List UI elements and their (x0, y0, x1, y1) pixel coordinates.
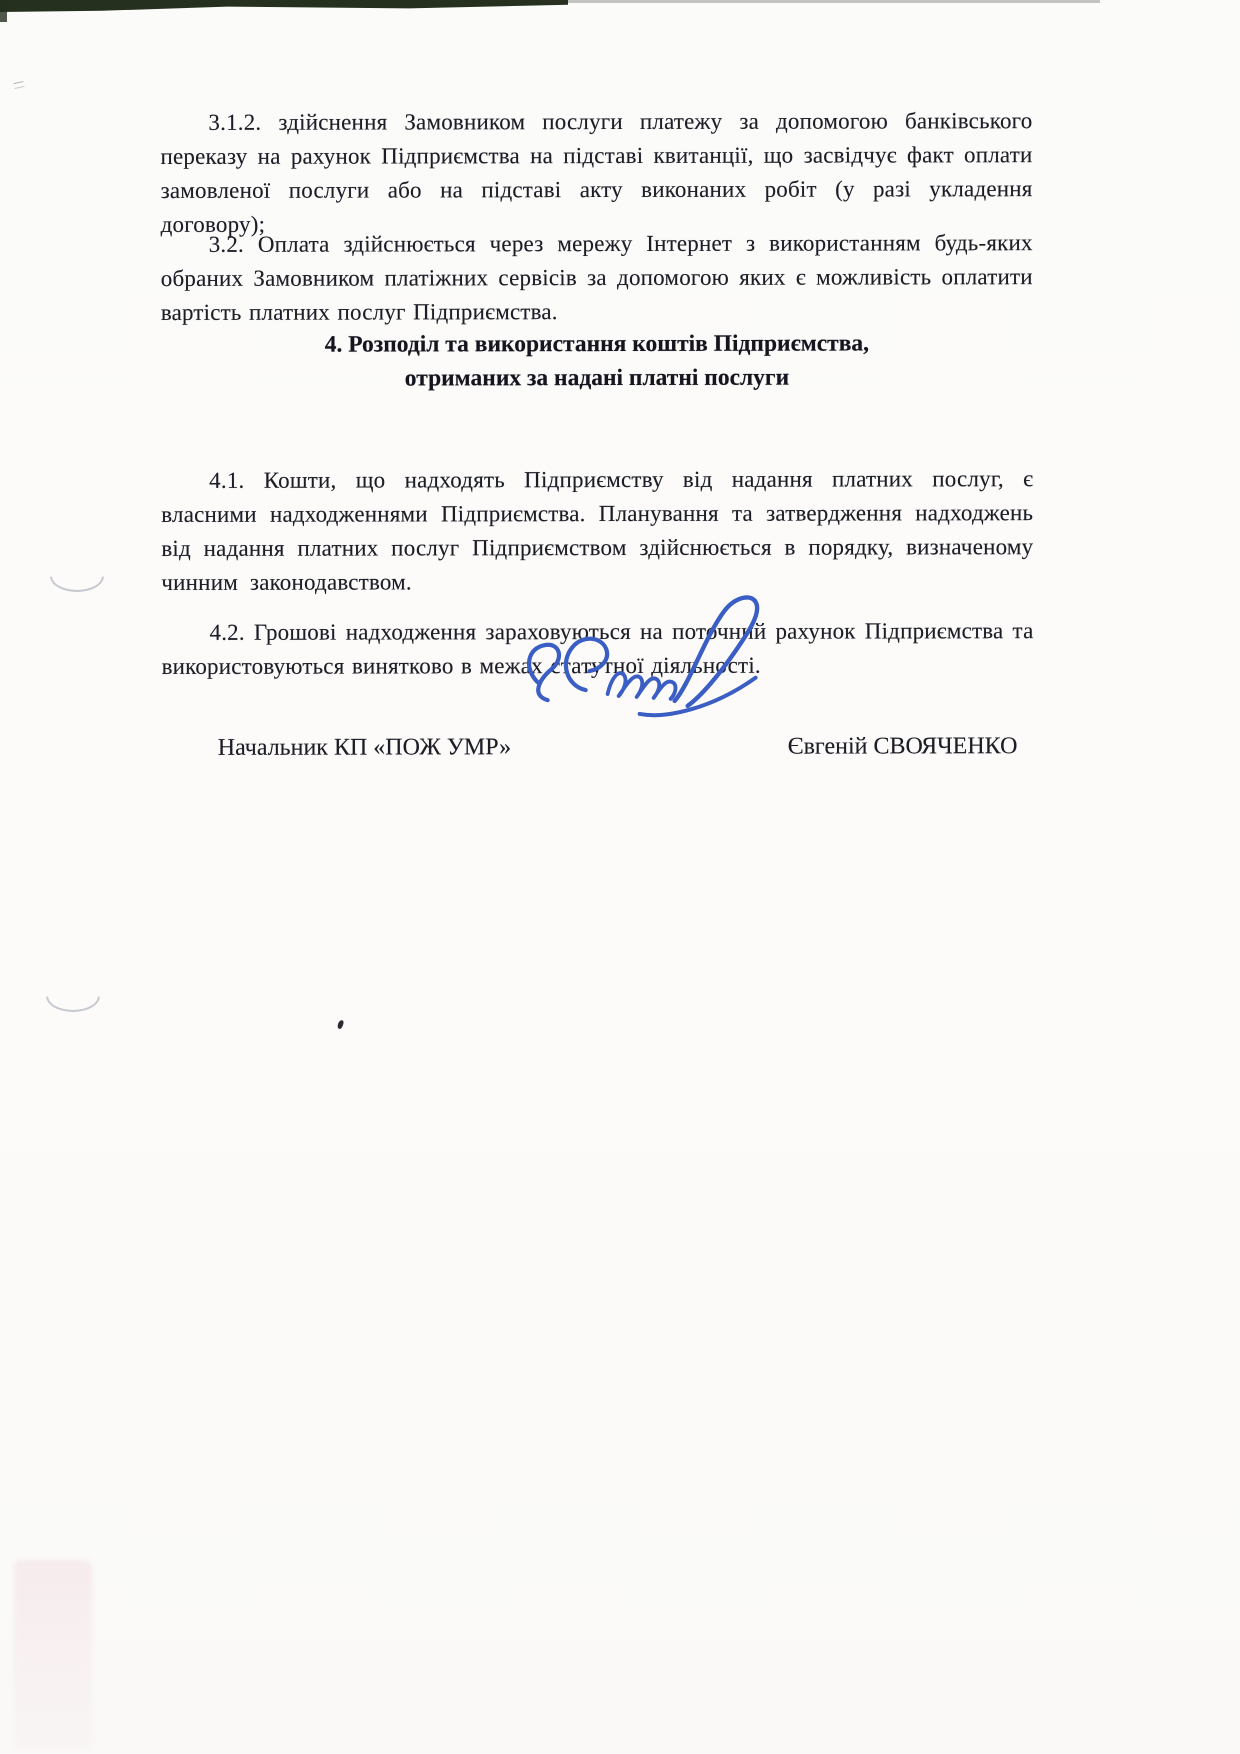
paragraph-4-1: 4.1. Кошти, що надходять Підприємству ві… (161, 462, 1033, 600)
scanned-document-page: 3.1.2. здійснення Замовником послуги пла… (0, 0, 1240, 1754)
scan-artifact-bottom-blush (14, 1560, 92, 1750)
section-4-heading-line1: 4. Розподіл та використання коштів Підпр… (161, 326, 1033, 362)
handwritten-signature-ink (517, 592, 792, 738)
section-4-heading-line2: отриманих за надані платні послуги (161, 360, 1033, 396)
document-content: 3.1.2. здійснення Замовником послуги пла… (0, 0, 1240, 1754)
signatory-title: Начальник КП «ПОЖ УМР» (218, 734, 511, 762)
paragraph-3-1-2: 3.1.2. здійснення Замовником послуги пла… (160, 104, 1032, 242)
paragraph-3-2: 3.2. Оплата здійснюється через мережу Ін… (161, 226, 1033, 330)
scan-artifact-top-edge-line (540, 0, 1100, 3)
scan-artifact-corner-tick (0, 0, 7, 22)
signatory-name: Євгеній СВОЯЧЕНКО (788, 733, 1018, 760)
